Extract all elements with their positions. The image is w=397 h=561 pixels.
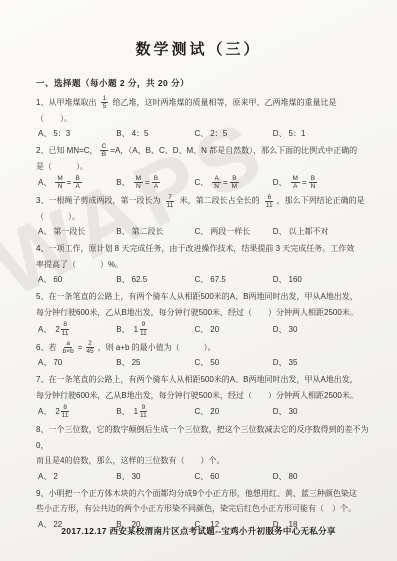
option-label: D、 <box>273 406 287 417</box>
fraction: BN <box>309 175 318 190</box>
question-line: 每分钟行驶600米，乙从B地出发，每分钟行驶500米，经过（ ）分钟两人相距25… <box>36 305 371 321</box>
question-line: 9、小明把一个正方体木块的六个面都均分成9个小正方形，他想用红、黄、蓝三种颜色染… <box>36 486 371 502</box>
question-line: 2、已知 MN=C，CB=A，（A、B、C、D、M、N 都是自然数），那么下面的… <box>36 143 371 159</box>
options-row: A、第一段长B、第二段长C、两段一样长D、以上都不对 <box>38 225 371 238</box>
option: D、以上都不对 <box>273 226 351 237</box>
fraction: 711 <box>165 194 176 209</box>
option: C、两段一样长 <box>195 226 273 237</box>
option-label: C、 <box>195 357 209 368</box>
option: A、2811 <box>38 404 116 419</box>
option-label: C、 <box>195 177 209 188</box>
fraction: BM <box>230 175 239 190</box>
option: D、35 <box>273 357 351 368</box>
option-label: C、 <box>195 324 209 335</box>
option-label: D、 <box>273 471 287 482</box>
section-header: 一、选择题（每小题 2 分，共 20 分） <box>36 77 371 89</box>
option: A、60 <box>38 274 116 285</box>
question: 3、一根绳子剪成两段，第一段长为 711 米，第二段长占全长的 611，那么下列… <box>36 193 371 238</box>
option: B、4：5 <box>116 128 194 139</box>
question-line: 5、在一条笔直的公路上，有两个骑车人从相距500米的A、B两地同时出发，甲从A地… <box>36 289 371 305</box>
question-line: 6、若 ab×b=245，则 a+b 的最小值为（ ）。 <box>36 340 371 356</box>
question: 5、在一条笔直的公路上，有两个骑车人从相距500米的A、B两地同时出发，甲从A地… <box>36 289 371 336</box>
option: C、AN=BM <box>195 175 273 190</box>
fraction: 245 <box>84 340 95 355</box>
question-line: 是（ ）。 <box>36 159 371 175</box>
option-label: B、 <box>116 357 129 368</box>
fraction: 1911 <box>134 404 149 419</box>
option-label: A、 <box>38 128 51 139</box>
option: C、60 <box>195 471 273 482</box>
question: 2、已知 MN=C，CB=A，（A、B、C、D、M、N 都是自然数），那么下面的… <box>36 143 371 190</box>
option-label: B、 <box>116 274 129 285</box>
question-line: 1、从甲堆煤取出 15 给乙堆，这时两堆煤的质量相等，原来甲、乙两堆煤的重量比是… <box>36 95 371 126</box>
option: B、1911 <box>116 404 194 419</box>
option: D、160 <box>273 274 351 285</box>
fraction: MN <box>134 175 143 190</box>
option: B、62.5 <box>116 274 194 285</box>
option-label: A、 <box>38 274 51 285</box>
question: 8、一个三位数，它的数字颠倒后生成一个三位数，把这个三位数减去它的反序数得到的差… <box>36 422 371 483</box>
options-row: A、2811B、1911C、20D、30 <box>38 404 371 419</box>
question-line: 4、一项工作，原计划 8 天完成任务，由于改进操作技术，结果提前 3 天完成任务… <box>36 241 371 257</box>
option-label: B、 <box>116 226 129 237</box>
fraction: BA <box>152 175 160 190</box>
options-row: A、5：3B、4：5C、2：5D、5：1 <box>38 127 371 140</box>
fraction: 2811 <box>55 321 70 336</box>
option-label: A、 <box>38 357 51 368</box>
scanned-test-page: WAPS 数学测试（三） 一、选择题（每小题 2 分，共 20 分） 1、从甲堆… <box>0 0 397 561</box>
question: 6、若 ab×b=245，则 a+b 的最小值为（ ）。A、70B、25C、50… <box>36 340 371 370</box>
option: B、第二段长 <box>116 226 194 237</box>
option: A、2 <box>38 471 116 482</box>
option: B、1911 <box>116 321 194 336</box>
option: C、20 <box>195 406 273 417</box>
option-label: A、 <box>38 471 51 482</box>
option: C、67.5 <box>195 274 273 285</box>
question-line: 而且是4的倍数，那么，这样的三位数有（ ）个。 <box>36 453 371 469</box>
question-line: 每分钟行驶600米，乙从B地出发，每分钟行驶500米，经过（ ）分钟两人相距25… <box>36 388 371 404</box>
option-label: D、 <box>273 357 287 368</box>
option-label: B、 <box>116 324 129 335</box>
question-line: 7、在一条笔直的公路上，有两个骑车人从相距500米的A、B两地同时出发，甲从A地… <box>36 372 371 388</box>
fraction: MN <box>55 175 64 190</box>
option-label: B、 <box>116 406 129 417</box>
fraction: CB <box>100 143 109 158</box>
footer-note: 2017.12.17 西安某校渭南片区点考试题--宝鸡小升初服务中心无私分享 <box>0 525 397 537</box>
page-title: 数学测试（三） <box>0 0 397 59</box>
fraction: 2811 <box>55 404 70 419</box>
test-content: 一、选择题（每小题 2 分，共 20 分） 1、从甲堆煤取出 15 给乙堆，这时… <box>0 59 397 531</box>
option: D、30 <box>273 324 351 335</box>
option: B、30 <box>116 471 194 482</box>
option: A、70 <box>38 357 116 368</box>
option-label: C、 <box>195 128 209 139</box>
option-label: B、 <box>116 177 129 188</box>
option-label: A、 <box>38 177 51 188</box>
option-label: C、 <box>195 406 209 417</box>
option-label: A、 <box>38 324 51 335</box>
option: A、第一段长 <box>38 226 116 237</box>
option: A、MN=BA <box>38 175 116 190</box>
options-row: A、2B、30C、60D、80 <box>38 470 371 483</box>
fraction: BA <box>73 175 81 190</box>
option-label: C、 <box>195 274 209 285</box>
option-label: D、 <box>273 324 287 335</box>
option-label: B、 <box>116 471 129 482</box>
fraction: 1911 <box>134 321 149 336</box>
question-line: 8、一个三位数，它的数字颠倒后生成一个三位数，把这个三位数减去它的反序数得到的差… <box>36 422 371 453</box>
question: 4、一项工作，原计划 8 天完成任务，由于改进操作技术，结果提前 3 天完成任务… <box>36 241 371 286</box>
option: D、5：1 <box>273 128 351 139</box>
question: 1、从甲堆煤取出 15 给乙堆，这时两堆煤的质量相等，原来甲、乙两堆煤的重量比是… <box>36 95 371 140</box>
option: D、80 <box>273 471 351 482</box>
option: B、25 <box>116 357 194 368</box>
options-row: A、MN=BAB、MN=BAC、AN=BMD、MA=BN <box>38 175 371 190</box>
options-row: A、70B、25C、50D、35 <box>38 356 371 369</box>
option-label: C、 <box>195 471 209 482</box>
options-row: A、60B、62.5C、67.5D、160 <box>38 273 371 286</box>
fraction: AN <box>212 175 221 190</box>
option-label: D、 <box>273 226 287 237</box>
fraction: 15 <box>101 95 109 110</box>
option-label: A、 <box>38 406 51 417</box>
option-label: B、 <box>116 128 129 139</box>
option: C、20 <box>195 324 273 335</box>
fraction: 611 <box>264 194 275 209</box>
option-label: A、 <box>38 226 51 237</box>
option: A、5：3 <box>38 128 116 139</box>
option: B、MN=BA <box>116 175 194 190</box>
question-line: 3、一根绳子剪成两段，第一段长为 711 米，第二段长占全长的 611，那么下列… <box>36 193 371 209</box>
option-label: D、 <box>273 177 287 188</box>
question-line: （ ）。 <box>36 209 371 225</box>
question: 7、在一条笔直的公路上，有两个骑车人从相距500米的A、B两地同时出发，甲从A地… <box>36 372 371 419</box>
question-line: 率提高了（ ）%。 <box>36 257 371 273</box>
option-label: D、 <box>273 274 287 285</box>
options-row: A、2811B、1911C、20D、30 <box>38 321 371 336</box>
option-label: D、 <box>273 128 287 139</box>
question-line: 些小正方形，有公共边的两个小正方形染不同颜色，染完后红色小正方形可能有（ ）个。 <box>36 501 371 517</box>
option: C、50 <box>195 357 273 368</box>
fraction: MA <box>291 175 300 190</box>
fraction: ab×b <box>61 340 76 355</box>
option: C、2：5 <box>195 128 273 139</box>
option-label: C、 <box>195 226 209 237</box>
option: A、2811 <box>38 321 116 336</box>
option: D、30 <box>273 406 351 417</box>
questions: 1、从甲堆煤取出 15 给乙堆，这时两堆煤的质量相等，原来甲、乙两堆煤的重量比是… <box>36 95 371 531</box>
option: D、MA=BN <box>273 175 351 190</box>
